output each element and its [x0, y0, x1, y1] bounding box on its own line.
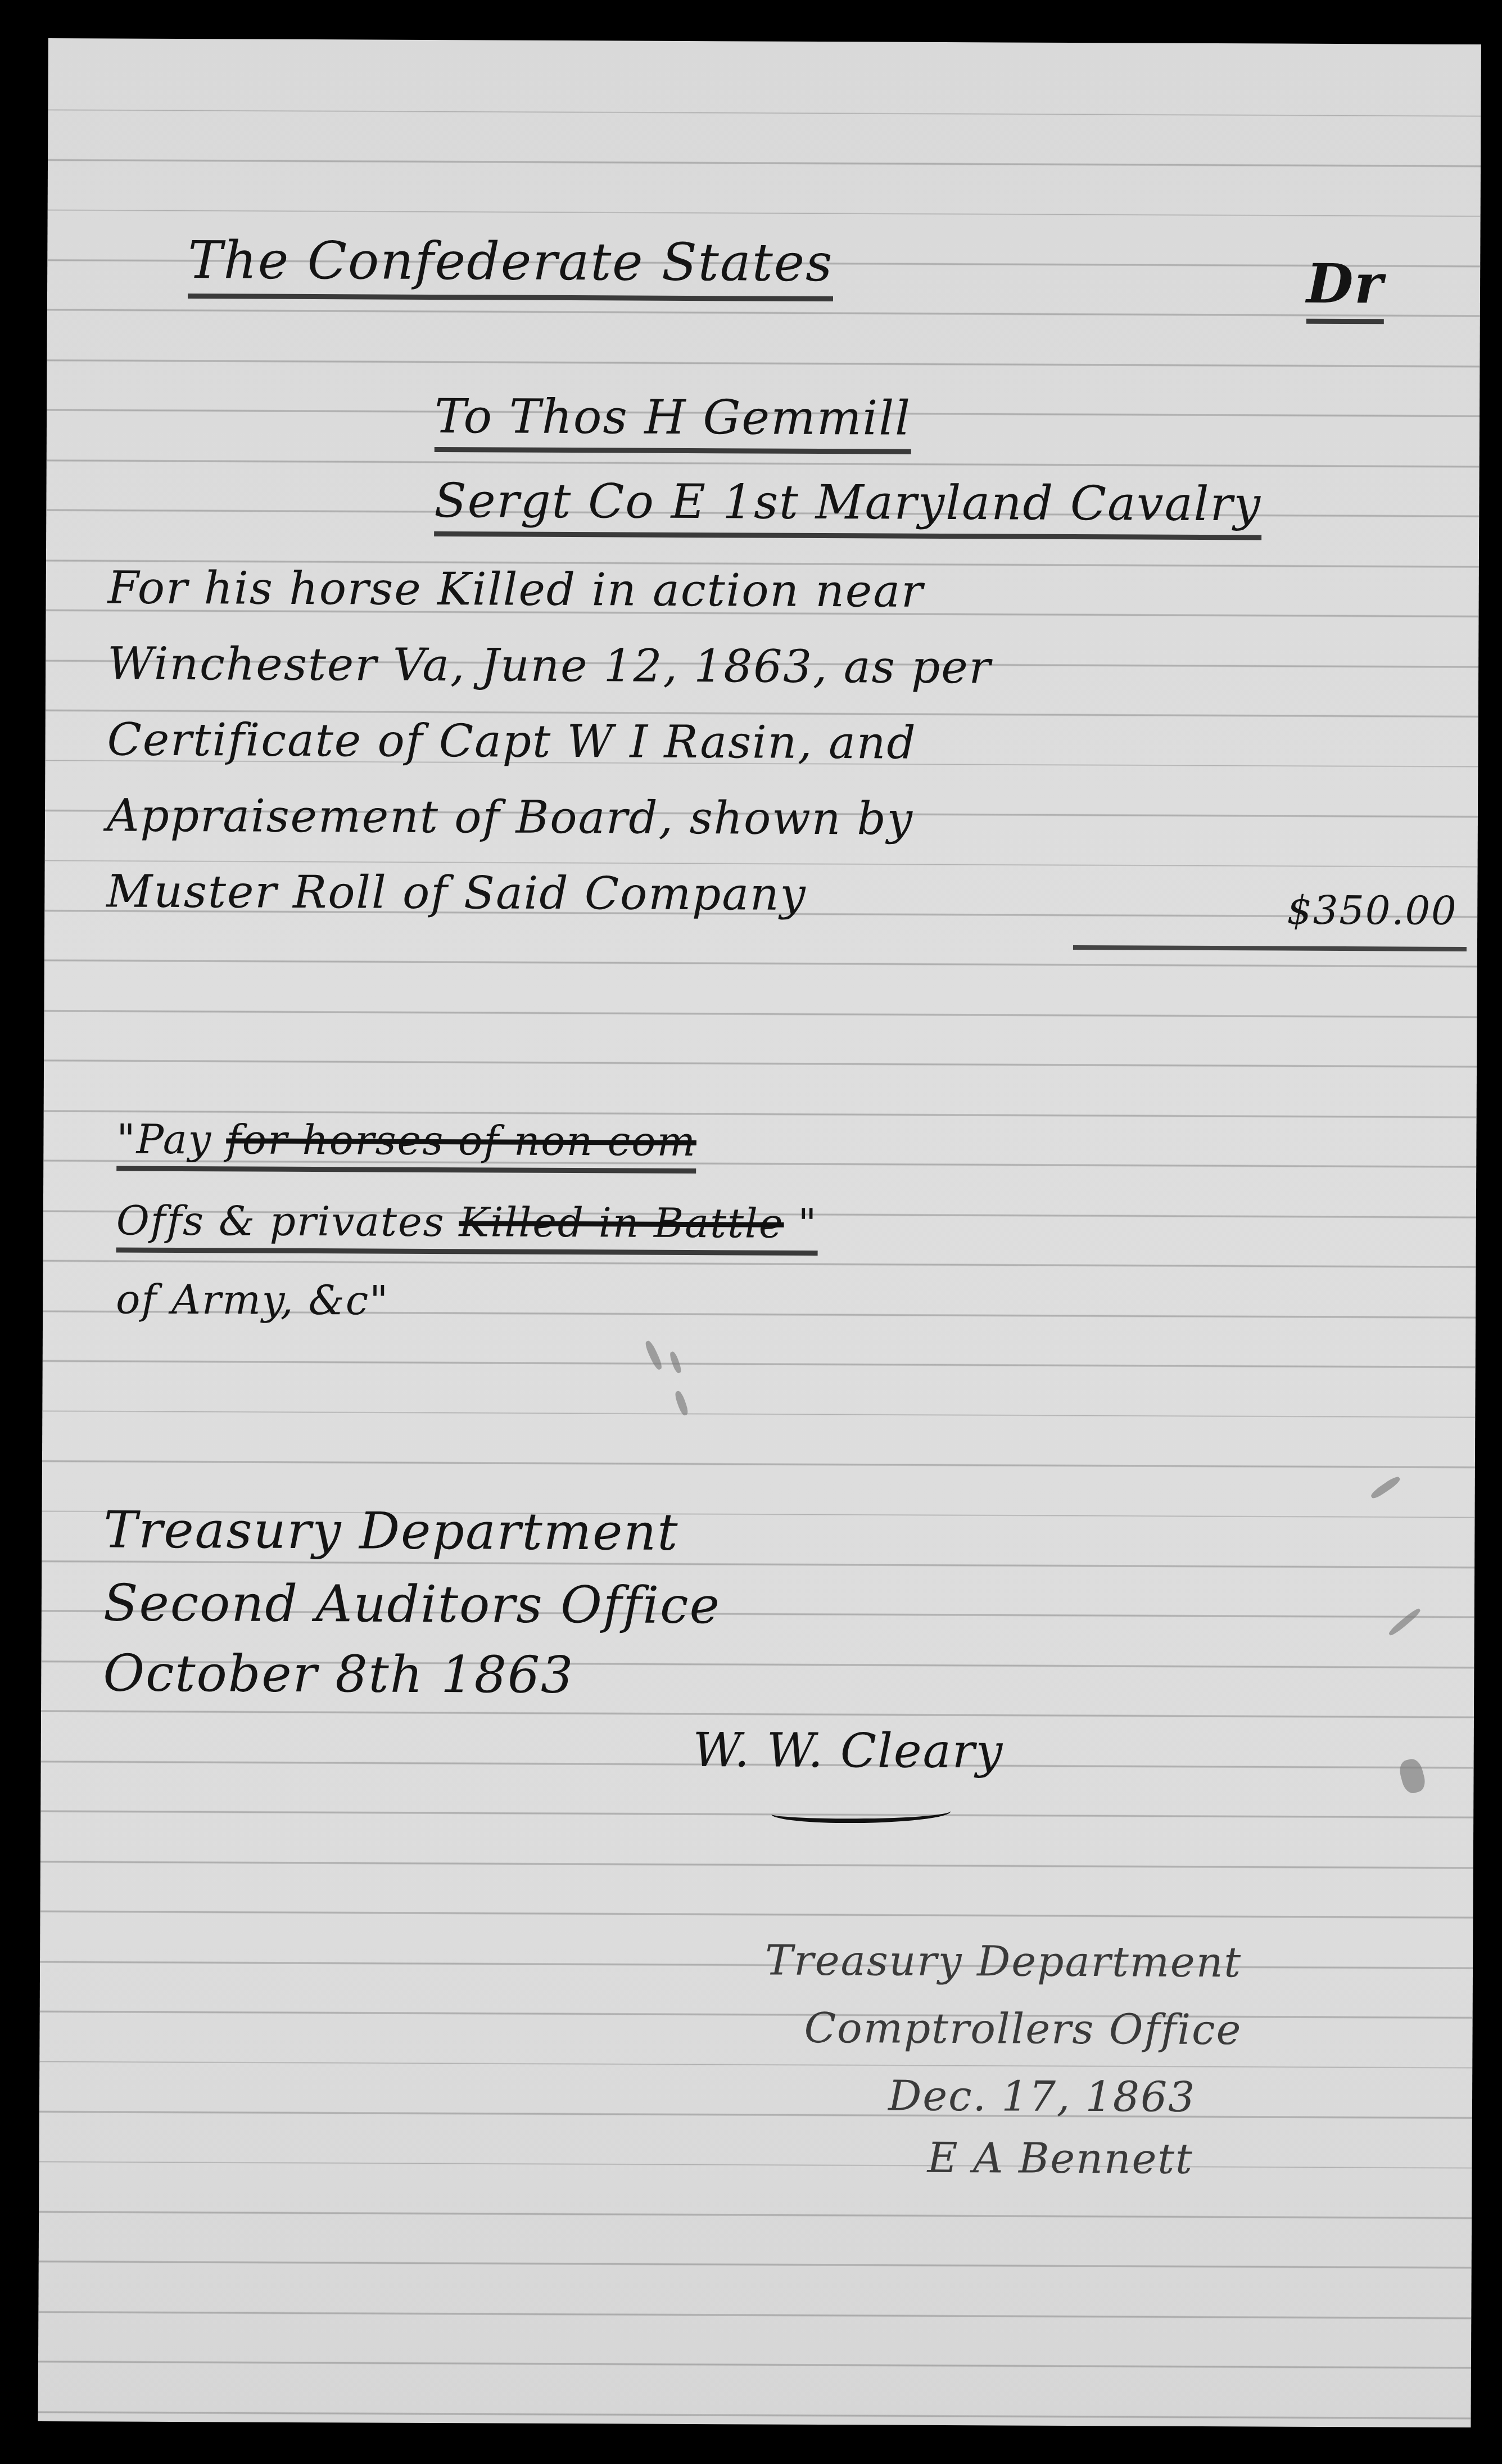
comptroller-signature: E A Bennett	[927, 2134, 1193, 2183]
document-page: The Confederate States Dr To Thos H Gemm…	[38, 38, 1481, 2427]
appropriation-prefix-2: Offs & privates	[116, 1197, 445, 1246]
heading-title: The Confederate States	[188, 230, 834, 301]
appropriation-prefix-1: "Pay	[116, 1116, 212, 1163]
payee-name: To Thos H Gemmill	[435, 389, 911, 454]
appropriation-struck-1: for horses of non com	[226, 1116, 696, 1165]
appropriation-line-1: "Pay for horses of non com	[116, 1116, 696, 1174]
appropriation-line-3: of Army, &c"	[116, 1276, 389, 1324]
payee-rank-unit: Sergt Co E 1st Maryland Cavalry	[434, 473, 1261, 540]
claim-line-4: Appraisement of Board, shown by	[107, 789, 914, 845]
comptroller-date: Dec. 17, 1863	[888, 2072, 1196, 2122]
auditor-office: Second Auditors Office	[103, 1573, 721, 1635]
claim-line-1: For his horse Killed in action near	[108, 561, 924, 617]
appropriation-line-2: Offs & privates Killed in Battle "	[116, 1197, 818, 1256]
debit-marker: Dr	[1306, 252, 1384, 324]
claim-line-2: Winchester Va, June 12, 1863, as per	[107, 637, 992, 693]
comptroller-office: Comptrollers Office	[804, 2004, 1242, 2054]
claim-amount: $350.00	[1287, 887, 1458, 934]
auditor-signature: W. W. Cleary	[693, 1722, 1004, 1779]
claim-line-3: Certificate of Capt W I Rasin, and	[107, 713, 916, 769]
comptroller-department: Treasury Department	[765, 1937, 1242, 1987]
auditor-department: Treasury Department	[103, 1500, 679, 1562]
claim-line-5: Muster Roll of Said Company	[106, 865, 807, 920]
appropriation-suffix-2: "	[798, 1200, 817, 1247]
appropriation-struck-2: Killed in Battle	[459, 1198, 784, 1247]
auditor-date: October 8th 1863	[103, 1644, 574, 1705]
